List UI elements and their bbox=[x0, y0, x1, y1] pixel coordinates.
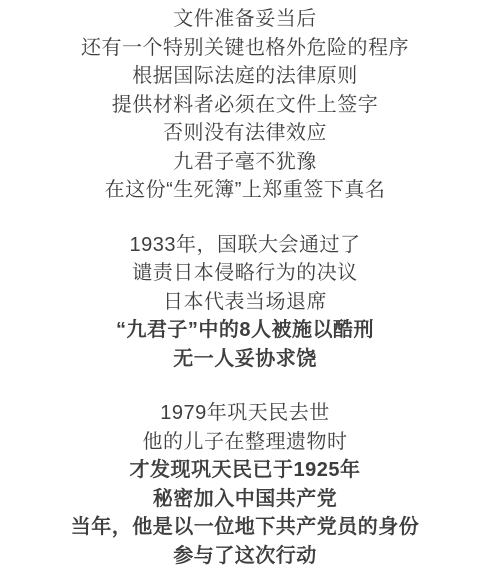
text-line: 在这份“生死簿”上郑重签下真名 bbox=[0, 176, 490, 205]
paragraph: 1933年，国联大会通过了 谴责日本侵略行为的决议 日本代表当场退席 “九君子”… bbox=[0, 231, 490, 374]
text-line-emphasis: 才发现巩天民已于1925年 bbox=[0, 456, 490, 485]
text-line: 1933年，国联大会通过了 bbox=[0, 231, 490, 260]
text-line-emphasis: 秘密加入中国共产党 bbox=[0, 485, 490, 514]
paragraph: 1979年巩天民去世 他的儿子在整理遗物时 才发现巩天民已于1925年 秘密加入… bbox=[0, 399, 490, 570]
text-line: 九君子毫不犹豫 bbox=[0, 148, 490, 177]
text-line: 还有一个特别关键也格外危险的程序 bbox=[0, 34, 490, 63]
text-line: 1979年巩天民去世 bbox=[0, 399, 490, 428]
text-line-emphasis: 当年，他是以一位地下共产党员的身份 bbox=[0, 513, 490, 542]
text-line: 文件准备妥当后 bbox=[0, 5, 490, 34]
text-line-emphasis: “九君子”中的8人被施以酷刑 bbox=[0, 316, 490, 345]
text-line-emphasis: 无一人妥协求饶 bbox=[0, 345, 490, 374]
text-line: 谴责日本侵略行为的决议 bbox=[0, 259, 490, 288]
paragraph: 文件准备妥当后 还有一个特别关键也格外危险的程序 根据国际法庭的法律原则 提供材… bbox=[0, 5, 490, 205]
text-line: 否则没有法律效应 bbox=[0, 119, 490, 148]
text-line-emphasis: 参与了这次行动 bbox=[0, 542, 490, 571]
text-line: 根据国际法庭的法律原则 bbox=[0, 62, 490, 91]
text-line: 日本代表当场退席 bbox=[0, 288, 490, 317]
text-line: 他的儿子在整理遗物时 bbox=[0, 428, 490, 457]
article-text-body: 文件准备妥当后 还有一个特别关键也格外危险的程序 根据国际法庭的法律原则 提供材… bbox=[0, 0, 490, 570]
text-line: 提供材料者必须在文件上签字 bbox=[0, 91, 490, 120]
